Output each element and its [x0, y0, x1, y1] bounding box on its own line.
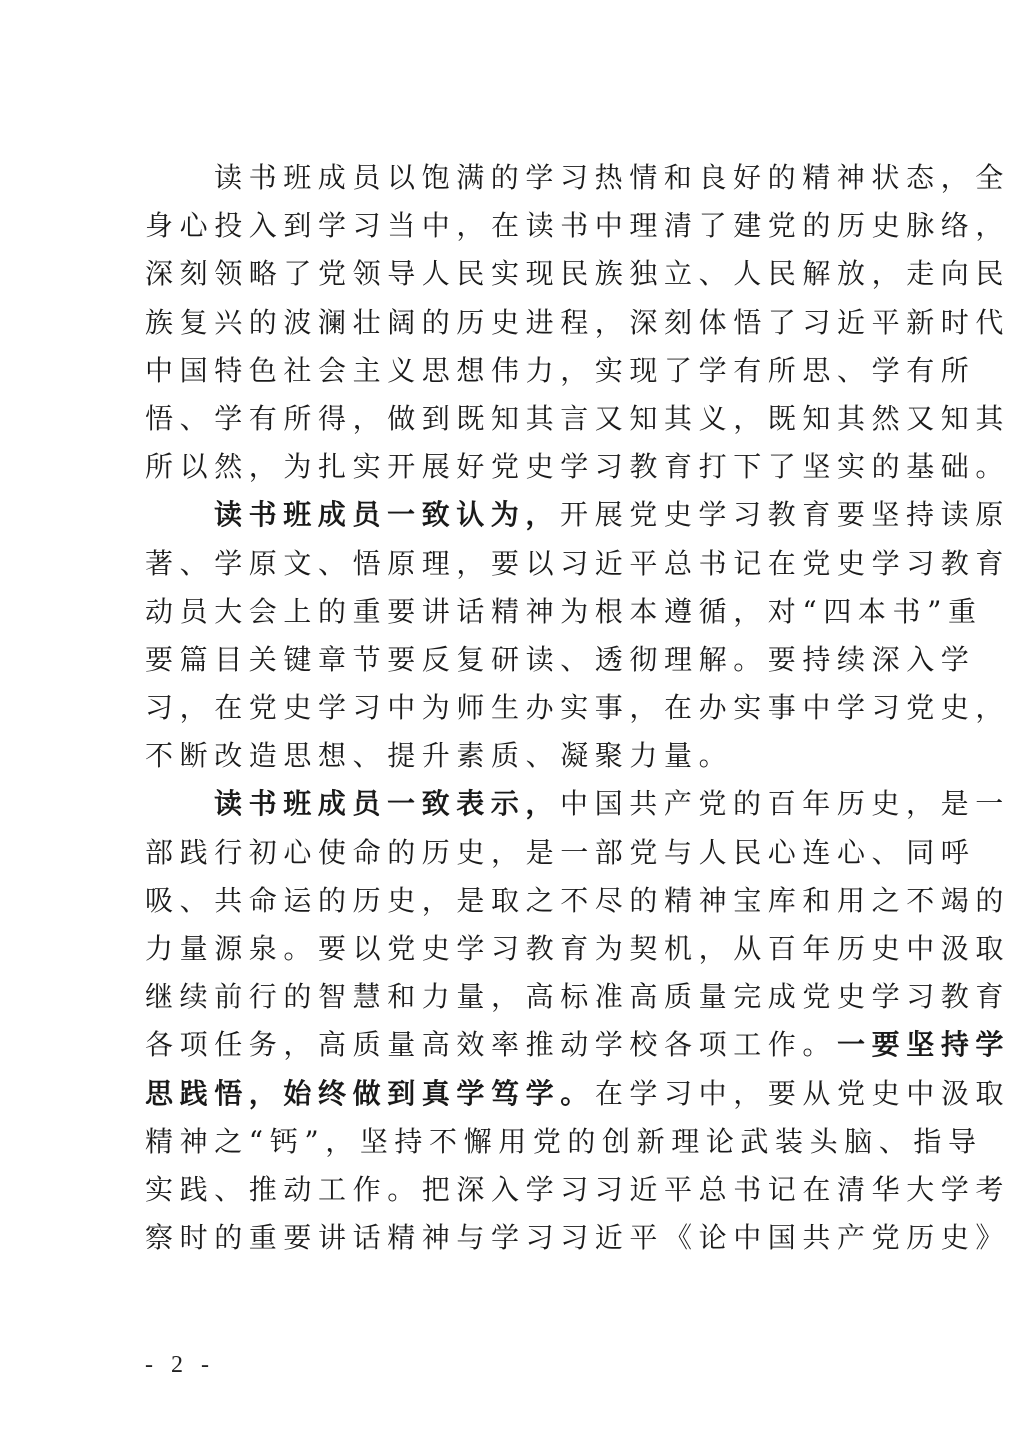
- body-text: 身心投入到学习当中，在读书中理清了建党的历史脉络，: [145, 209, 1010, 242]
- paragraph: 读书班成员一致认为，开展党史学习教育要坚持读原著、学原文、悟原理，要以习近平总书…: [145, 491, 885, 780]
- text-line: 所以然，为扎实开展好党史学习教育打下了坚实的基础。: [145, 443, 885, 491]
- text-line: 族复兴的波澜壮阔的历史进程，深刻体悟了习近平新时代: [145, 299, 885, 347]
- body-text: 中国共产党的百年历史，是一: [560, 787, 1010, 820]
- body-text: 不断改造思想、提升素质、凝聚力量。: [145, 739, 733, 772]
- body-text: 在学习中，要从党史中汲取: [595, 1077, 1010, 1110]
- text-line: 继续前行的智慧和力量，高标准高质量完成党史学习教育: [145, 973, 885, 1021]
- text-line: 部践行初心使命的历史，是一部党与人民心连心、同呼: [145, 829, 885, 877]
- body-text: 察时的重要讲话精神与学习习近平《论中国共产党历史》: [145, 1221, 1010, 1254]
- text-line: 悟、学有所得，做到既知其言又知其义，既知其然又知其: [145, 395, 885, 443]
- body-text: 实践、推动工作。把深入学习习近平总书记在清华大学考: [145, 1173, 1010, 1206]
- text-line: 察时的重要讲话精神与学习习近平《论中国共产党历史》: [145, 1214, 885, 1262]
- text-line: 习，在党史学习中为师生办实事，在办实事中学习党史，: [145, 684, 885, 732]
- body-text: 开展党史学习教育要坚持读原: [560, 498, 1010, 531]
- body-text: 读书班成员以饱满的学习热情和良好的精神状态，全: [214, 161, 1010, 194]
- bold-text: 读书班成员一致表示，: [214, 787, 560, 820]
- body-text: 继续前行的智慧和力量，高标准高质量完成党史学习教育: [145, 980, 1010, 1013]
- body-text: 习，在党史学习中为师生办实事，在办实事中学习党史，: [145, 691, 1010, 724]
- body-text: 吸、共命运的历史，是取之不尽的精神宝库和用之不竭的: [145, 884, 1010, 917]
- body-text: 族复兴的波澜壮阔的历史进程，深刻体悟了习近平新时代: [145, 306, 1010, 339]
- text-line: 深刻领略了党领导人民实现民族独立、人民解放，走向民: [145, 250, 885, 298]
- text-line: 读书班成员一致表示，中国共产党的百年历史，是一: [145, 780, 885, 828]
- body-text: 悟、学有所得，做到既知其言又知其义，既知其然又知其: [145, 402, 1010, 435]
- body-text: 著、学原文、悟原理，要以习近平总书记在党史学习教育: [145, 547, 1010, 580]
- text-line: 思践悟，始终做到真学笃学。在学习中，要从党史中汲取: [145, 1070, 885, 1118]
- text-line: 读书班成员以饱满的学习热情和良好的精神状态，全: [145, 154, 885, 202]
- body-text: 要篇目关键章节要反复研读、透彻理解。要持续深入学: [145, 643, 975, 676]
- text-line: 读书班成员一致认为，开展党史学习教育要坚持读原: [145, 491, 885, 539]
- body-text: 部践行初心使命的历史，是一部党与人民心连心、同呼: [145, 836, 975, 869]
- bold-text: 一要坚持学: [837, 1028, 1010, 1061]
- text-line: 各项任务，高质量高效率推动学校各项工作。一要坚持学: [145, 1021, 885, 1069]
- text-line: 著、学原文、悟原理，要以习近平总书记在党史学习教育: [145, 540, 885, 588]
- body-text: 动员大会上的重要讲话精神为根本遵循，对“四本书”重: [145, 595, 983, 628]
- text-line: 要篇目关键章节要反复研读、透彻理解。要持续深入学: [145, 636, 885, 684]
- paragraph: 读书班成员以饱满的学习热情和良好的精神状态，全身心投入到学习当中，在读书中理清了…: [145, 154, 885, 491]
- text-line: 实践、推动工作。把深入学习习近平总书记在清华大学考: [145, 1166, 885, 1214]
- body-text: 所以然，为扎实开展好党史学习教育打下了坚实的基础。: [145, 450, 1010, 483]
- text-line: 动员大会上的重要讲话精神为根本遵循，对“四本书”重: [145, 588, 885, 636]
- page-number: - 2 -: [145, 1352, 215, 1379]
- body-text: 中国特色社会主义思想伟力，实现了学有所思、学有所: [145, 354, 975, 387]
- text-line: 不断改造思想、提升素质、凝聚力量。: [145, 732, 885, 780]
- text-line: 身心投入到学习当中，在读书中理清了建党的历史脉络，: [145, 202, 885, 250]
- document-page: 读书班成员以饱满的学习热情和良好的精神状态，全身心投入到学习当中，在读书中理清了…: [145, 154, 885, 1262]
- text-line: 力量源泉。要以党史学习教育为契机，从百年历史中汲取: [145, 925, 885, 973]
- text-line: 吸、共命运的历史，是取之不尽的精神宝库和用之不竭的: [145, 877, 885, 925]
- bold-text: 思践悟，始终做到真学笃学。: [145, 1077, 595, 1110]
- text-line: 精神之“钙”，坚持不懈用党的创新理论武装头脑、指导: [145, 1118, 885, 1166]
- text-line: 中国特色社会主义思想伟力，实现了学有所思、学有所: [145, 347, 885, 395]
- paragraph: 读书班成员一致表示，中国共产党的百年历史，是一部践行初心使命的历史，是一部党与人…: [145, 780, 885, 1262]
- body-text: 力量源泉。要以党史学习教育为契机，从百年历史中汲取: [145, 932, 1010, 965]
- body-text: 深刻领略了党领导人民实现民族独立、人民解放，走向民: [145, 257, 1010, 290]
- body-text: 各项任务，高质量高效率推动学校各项工作。: [145, 1028, 837, 1061]
- body-text: 精神之“钙”，坚持不懈用党的创新理论武装头脑、指导: [145, 1125, 983, 1158]
- bold-text: 读书班成员一致认为，: [214, 498, 560, 531]
